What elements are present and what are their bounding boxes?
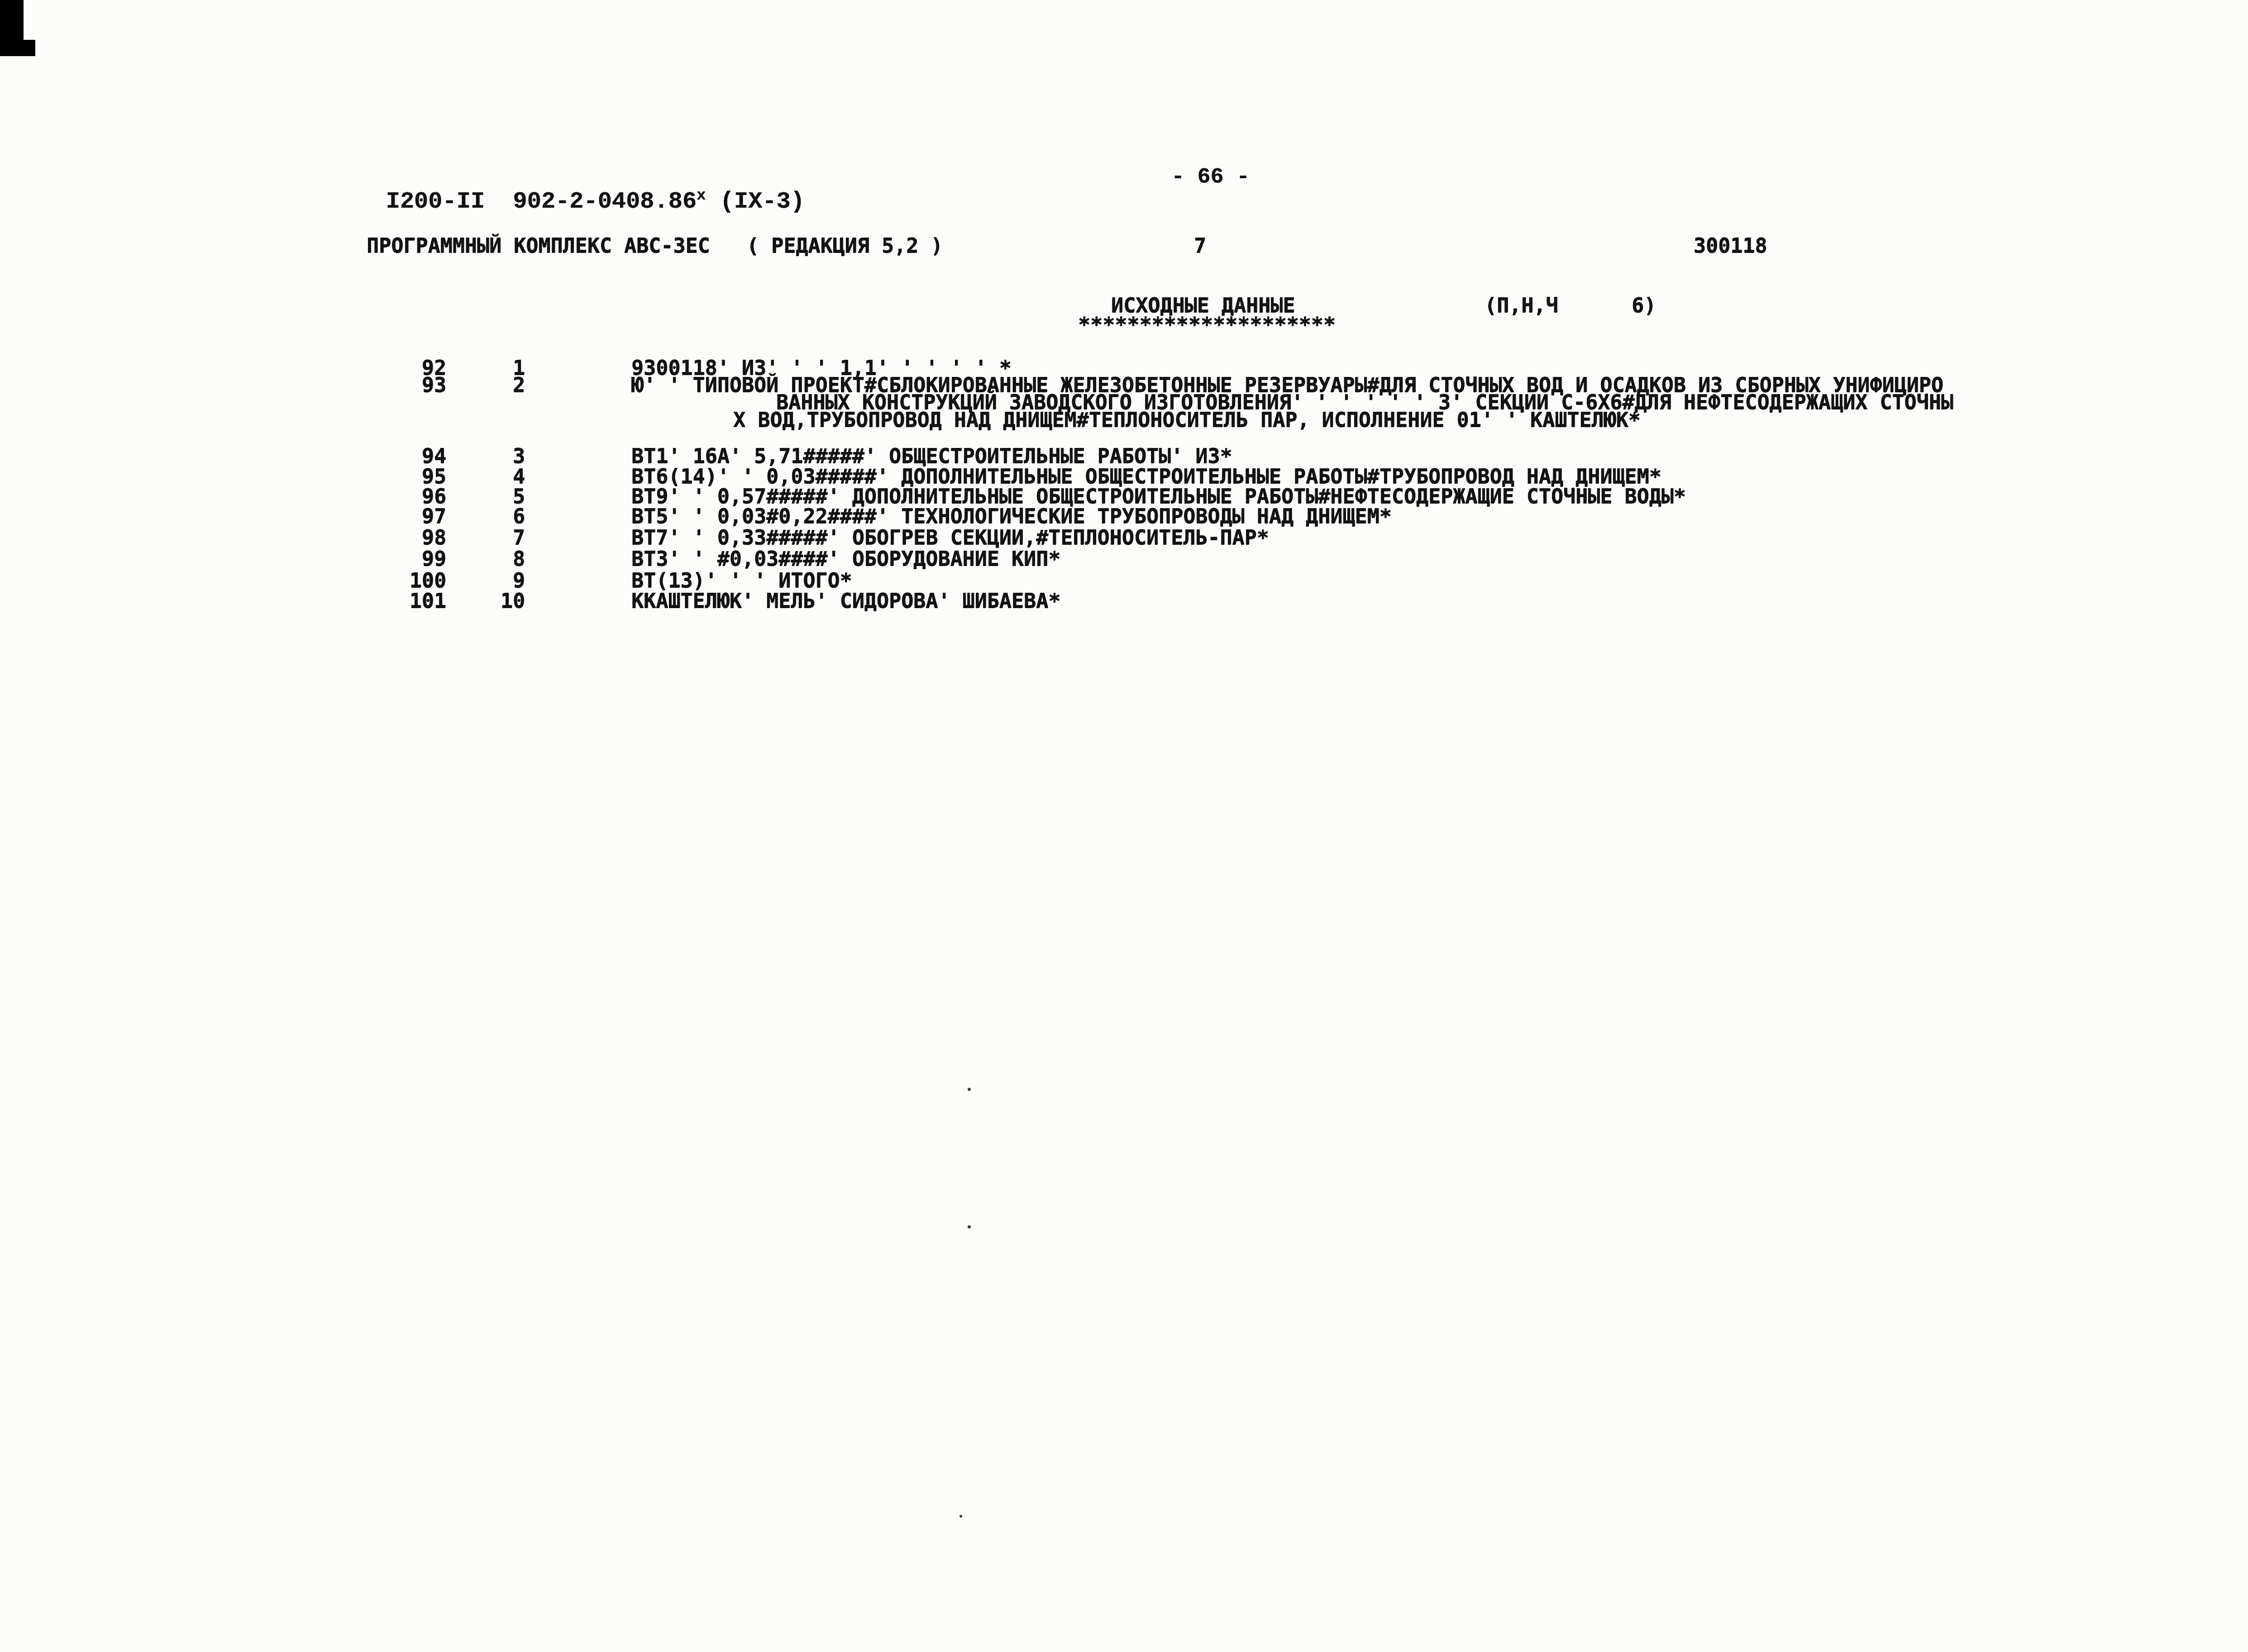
section-params: (П,Н,Ч 6) [1484, 295, 1656, 315]
document-number: I200-II 902-2-0408.86х (IX-3) [358, 167, 805, 214]
sheet-number: 7 [1194, 235, 1206, 256]
sequence-number: 2 [453, 375, 525, 395]
listing-text: ВТ7' ' 0,33#####' ОБОГРЕВ СЕКЦИИ,#ТЕПЛОН… [631, 527, 1269, 547]
page-number: - 66 - [1171, 167, 1250, 188]
line-number: 95 [388, 466, 446, 486]
sequence-number: 10 [453, 590, 525, 611]
line-number: 101 [388, 590, 446, 611]
program-code: 300118 [1694, 235, 1767, 256]
document-number-album: (IX-3) [706, 188, 804, 215]
line-number: 98 [388, 527, 446, 547]
sequence-number: 9 [453, 570, 525, 590]
program-complex-title: ПРОГРАММНЫЙ КОМПЛЕКС АВС-3ЕС ( РЕДАКЦИЯ … [367, 235, 943, 256]
scan-corner-mark-foot [0, 40, 35, 56]
line-number: 99 [388, 548, 446, 569]
listing-text: ВТ9' ' 0,57#####' ДОПОЛНИТЕЛЬНЫЕ ОБЩЕСТР… [631, 486, 1686, 506]
sequence-number: 3 [453, 446, 525, 466]
line-number: 94 [388, 446, 446, 466]
sequence-number: 4 [453, 466, 525, 486]
section-title-underline: ********************* [1078, 314, 1336, 334]
ink-speck [968, 1225, 971, 1228]
listing-text-continuation: Х ВОД,ТРУБОПРОВОД НАД ДНИЩЕМ#ТЕПЛОНОСИТЕ… [733, 409, 1641, 430]
listing-text: ВТ(13)' ' ' ИТОГО* [631, 570, 852, 590]
line-number: 93 [388, 375, 446, 395]
listing-text: ККАШТЕЛЮК' МЕЛЬ' СИДОРОВА' ШИБАЕВА* [631, 590, 1060, 611]
line-number: 100 [388, 570, 446, 590]
listing-text: ВТ6(14)' ' 0,03#####' ДОПОЛНИТЕЛЬНЫЕ ОБЩ… [631, 466, 1661, 486]
document-number-superscript: х [697, 187, 706, 205]
sequence-number: 5 [453, 486, 525, 506]
sequence-number: 6 [453, 506, 525, 526]
scanned-document-page: { "page": { "header_left": "I200-II 902-… [0, 0, 2248, 1652]
ink-speck [968, 1088, 971, 1091]
sequence-number: 8 [453, 548, 525, 569]
listing-text: ВТ5' ' 0,03#0,22####' ТЕХНОЛОГИЧЕСКИЕ ТР… [631, 506, 1392, 526]
sequence-number: 7 [453, 527, 525, 547]
listing-text: ВТ1' 16А' 5,71#####' ОБЩЕСТРОИТЕЛЬНЫЕ РА… [631, 446, 1232, 466]
line-number: 96 [388, 486, 446, 506]
ink-speck [959, 1515, 962, 1518]
listing-text: ВТ3' ' #0,03####' ОБОРУДОВАНИЕ КИП* [631, 548, 1060, 569]
document-number-main: I200-II 902-2-0408.86 [386, 188, 697, 215]
line-number: 97 [388, 506, 446, 526]
